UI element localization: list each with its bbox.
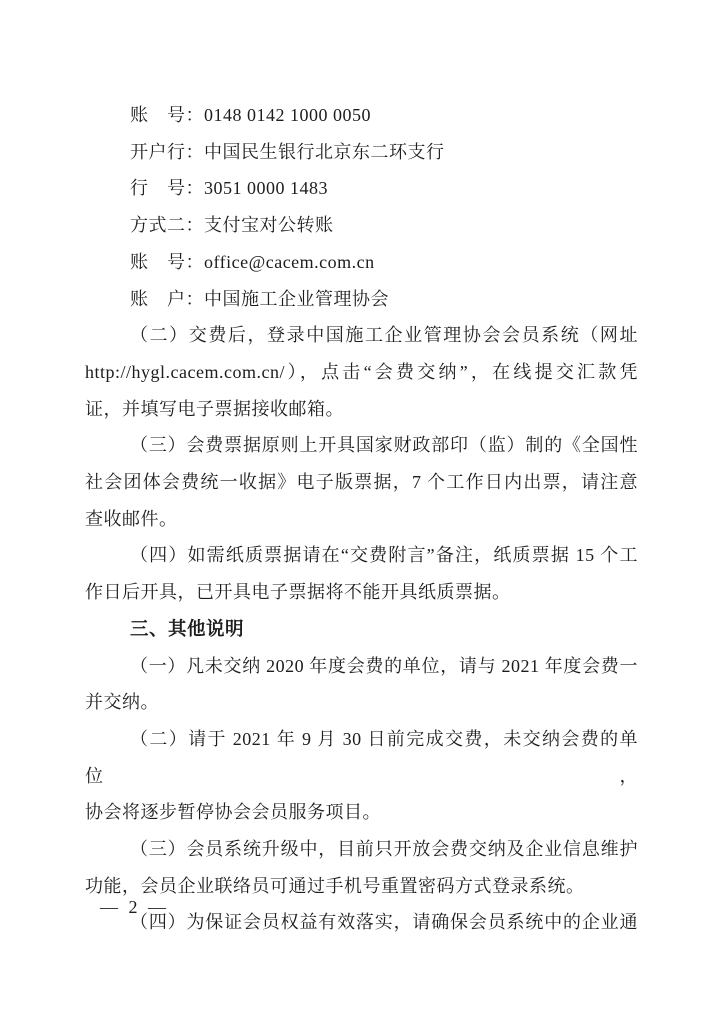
document-page: 账 号：0148 0142 1000 0050 开户行：中国民生银行北京东二环支… [0, 0, 723, 1024]
text-line: （二）请于 2021 年 9 月 30 日前完成交费，未交纳会费的单位， [85, 721, 638, 794]
text-line: 协会将逐步暂停协会会员服务项目。 [85, 794, 638, 831]
page-number: — 2 — [100, 892, 169, 922]
text-line-alipay-account: 账 号：office@cacem.com.cn [85, 244, 638, 281]
text-line-bank-code: 行 号：3051 0000 1483 [85, 170, 638, 207]
text-line: （二）交费后，登录中国施工企业管理协会会员系统（网址 [85, 317, 638, 354]
text-line: （四）如需纸质票据请在“交费附言”备注，纸质票据 15 个工 [85, 537, 638, 574]
section-heading-other-notes: 三、其他说明 [85, 611, 638, 648]
text-line: 并交纳。 [85, 684, 638, 721]
text-line: （三）会费票据原则上开具国家财政部印（监）制的《全国性 [85, 427, 638, 464]
text-line: （一）凡未交纳 2020 年度会费的单位，请与 2021 年度会费一 [85, 648, 638, 685]
document-body: 账 号：0148 0142 1000 0050 开户行：中国民生银行北京东二环支… [85, 97, 638, 941]
text-line-bank-name: 开户行：中国民生银行北京东二环支行 [85, 134, 638, 171]
text-line: 社会团体会费统一收据》电子版票据，7 个工作日内出票，请注意 [85, 464, 638, 501]
text-line: 作日后开具，已开具电子票据将不能开具纸质票据。 [85, 574, 638, 611]
text-line-account-number: 账 号：0148 0142 1000 0050 [85, 97, 638, 134]
text-line: 证，并填写电子票据接收邮箱。 [85, 391, 638, 428]
text-line: 查收邮件。 [85, 501, 638, 538]
text-line: （三）会员系统升级中，目前只开放会费交纳及企业信息维护 [85, 831, 638, 868]
text-line-account-holder: 账 户：中国施工企业管理协会 [85, 281, 638, 318]
text-line-method-two: 方式二：支付宝对公转账 [85, 207, 638, 244]
text-line: http://hygl.cacem.com.cn/），点击“会费交纳”，在线提交… [85, 354, 638, 391]
